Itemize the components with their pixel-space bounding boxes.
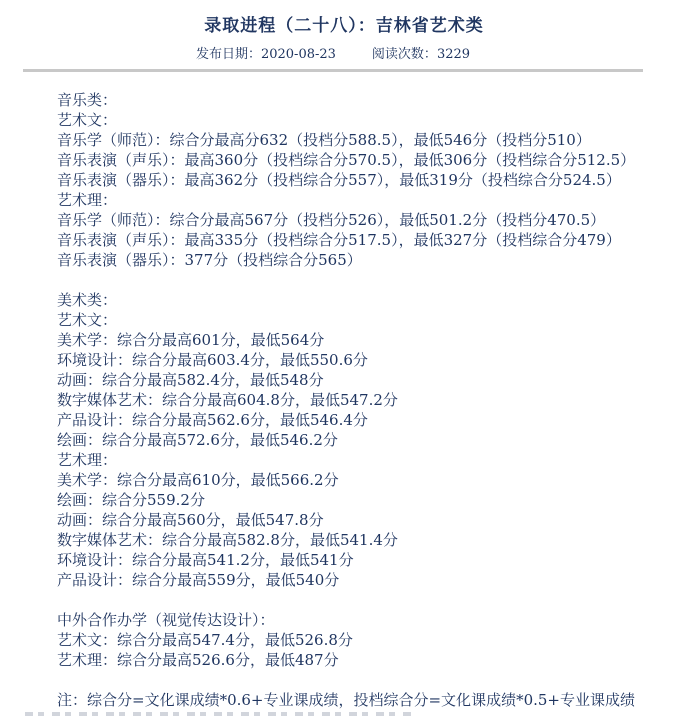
body-line: 音乐学（师范）：综合分最高567分（投档分526），最低501.2分（投档分47… xyxy=(57,210,648,230)
body-line: 音乐表演（声乐）：最高335分（投档综合分517.5），最低327分（投档综合分… xyxy=(57,230,648,250)
article-section: 注：综合分=文化课成绩*0.6+专业课成绩，投档综合分=文化课成绩*0.5+专业… xyxy=(57,690,648,710)
body-line: 音乐表演（器乐）：377分（投档综合分565） xyxy=(57,250,648,270)
body-line: 数字媒体艺术：综合分最高582.8分，最低541.4分 xyxy=(57,530,648,550)
body-line: 音乐类： xyxy=(57,90,648,110)
article-section: 音乐类：艺术文：音乐学（师范）：综合分最高分632（投档分588.5），最低54… xyxy=(57,90,648,270)
body-line: 绘画：综合分559.2分 xyxy=(57,490,648,510)
body-line: 美术学：综合分最高610分，最低566.2分 xyxy=(57,470,648,490)
view-count-value: 3229 xyxy=(437,47,470,62)
body-line: 产品设计：综合分最高562.6分，最低546.4分 xyxy=(57,410,648,430)
body-line: 音乐学（师范）：综合分最高分632（投档分588.5），最低546分（投档分51… xyxy=(57,130,648,150)
body-line: 美术类： xyxy=(57,290,648,310)
body-line: 绘画：综合分最高572.6分，最低546.2分 xyxy=(57,430,648,450)
body-line: 动画：综合分最高582.4分，最低548分 xyxy=(57,370,648,390)
body-line: 音乐表演（器乐）：最高362分（投档综合分557），最低319分（投档综合分52… xyxy=(57,170,648,190)
body-line: 艺术文： xyxy=(57,310,648,330)
body-line: 产品设计：综合分最高559分，最低540分 xyxy=(57,570,648,590)
page-title: 录取进程（二十八）：吉林省艺术类 xyxy=(0,0,688,37)
body-line: 艺术理： xyxy=(57,450,648,470)
body-line: 音乐表演（声乐）：最高360分（投档综合分570.5），最低306分（投档综合分… xyxy=(57,150,648,170)
article-section: 美术类：艺术文：美术学：综合分最高601分，最低564分环境设计：综合分最高60… xyxy=(57,290,648,590)
body-line: 中外合作办学（视觉传达设计）： xyxy=(57,610,648,630)
body-line: 环境设计：综合分最高541.2分，最低541分 xyxy=(57,550,648,570)
body-line: 艺术理： xyxy=(57,190,648,210)
view-count: 阅读次数：3229 xyxy=(372,47,470,62)
body-line: 环境设计：综合分最高603.4分，最低550.6分 xyxy=(57,350,648,370)
header-divider xyxy=(23,69,643,72)
publish-date-label: 发布日期： xyxy=(196,47,261,62)
article-section: 中外合作办学（视觉传达设计）：艺术文：综合分最高547.4分，最低526.8分艺… xyxy=(57,610,648,670)
view-count-label: 阅读次数： xyxy=(372,47,437,62)
publish-date: 发布日期：2020-08-23 xyxy=(196,47,336,62)
body-line: 艺术文： xyxy=(57,110,648,130)
body-line: 数字媒体艺术：综合分最高604.8分，最低547.2分 xyxy=(57,390,648,410)
body-line: 动画：综合分最高560分，最低547.8分 xyxy=(57,510,648,530)
article-body: 音乐类：艺术文：音乐学（师范）：综合分最高分632（投档分588.5），最低54… xyxy=(57,90,648,710)
clipped-bottom-text-line xyxy=(25,712,415,716)
body-line: 注：综合分=文化课成绩*0.6+专业课成绩，投档综合分=文化课成绩*0.5+专业… xyxy=(57,690,648,710)
article-page: 录取进程（二十八）：吉林省艺术类 发布日期：2020-08-23阅读次数：322… xyxy=(0,0,688,716)
article-meta: 发布日期：2020-08-23阅读次数：3229 xyxy=(23,46,643,63)
publish-date-value: 2020-08-23 xyxy=(261,47,336,62)
body-line: 美术学：综合分最高601分，最低564分 xyxy=(57,330,648,350)
body-line: 艺术文：综合分最高547.4分，最低526.8分 xyxy=(57,630,648,650)
body-line: 艺术理：综合分最高526.6分，最低487分 xyxy=(57,650,648,670)
